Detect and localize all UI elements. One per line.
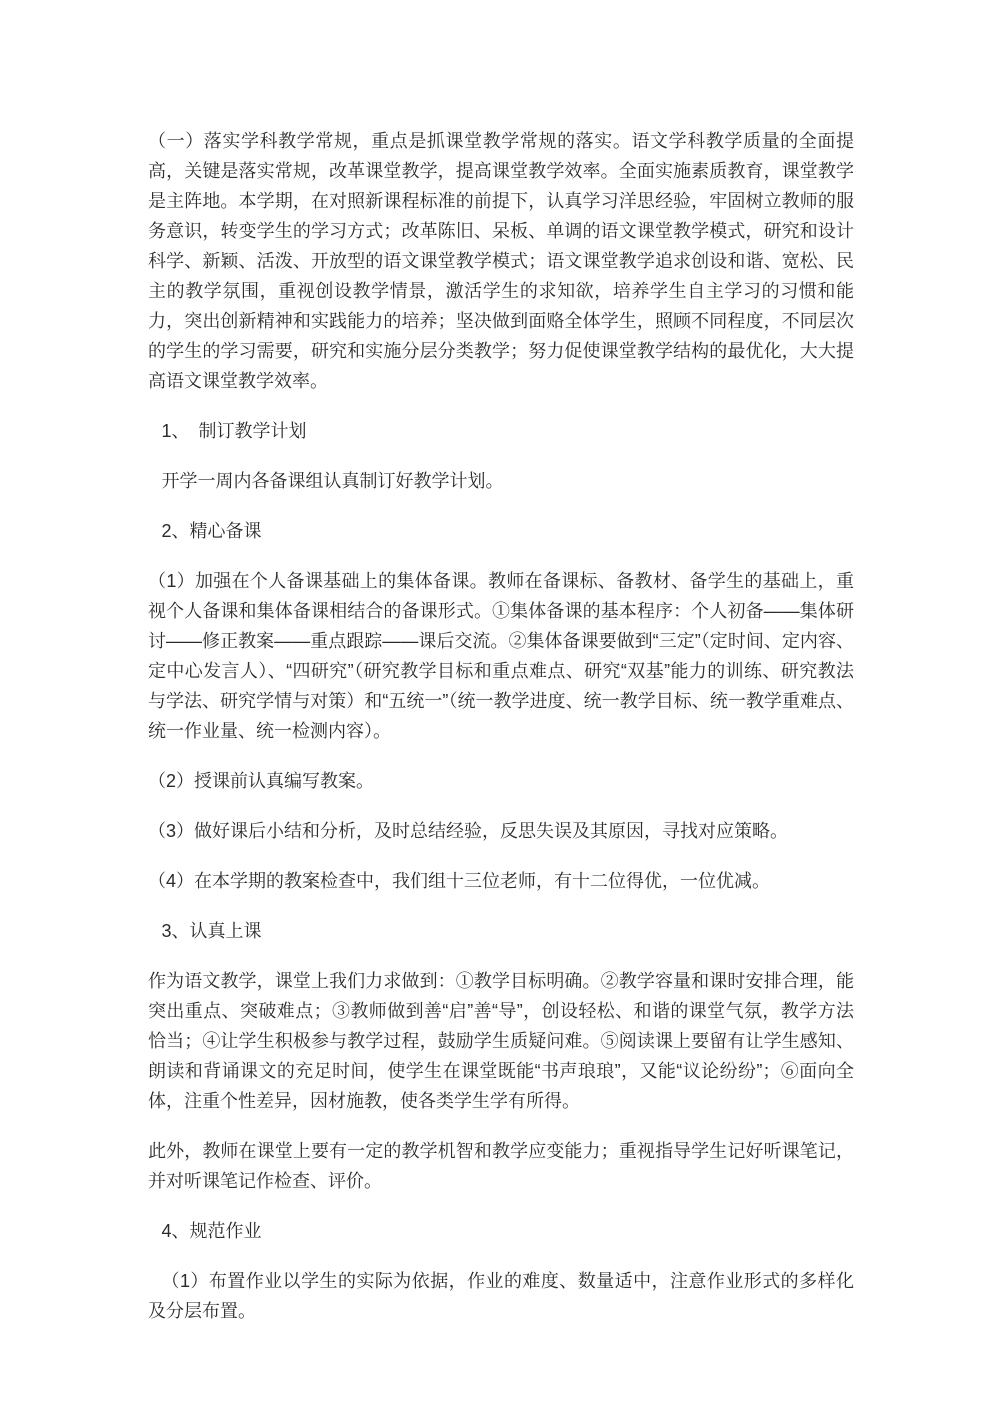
paragraph-item-4-sub-1: （1）布置作业以学生的实际为依据，作业的难度、数量适中，注意作业形式的多样化及分… (148, 1266, 854, 1326)
document-body: （一）落实学科教学常规，重点是抓课堂教学常规的落实。语文学科教学质量的全面提高，… (148, 126, 854, 1326)
paragraph-section-1-intro: （一）落实学科教学常规，重点是抓课堂教学常规的落实。语文学科教学质量的全面提高，… (148, 126, 854, 396)
heading-item-4: 4、规范作业 (148, 1216, 854, 1246)
heading-item-2: 2、精心备课 (148, 516, 854, 546)
heading-item-1: 1、 制订教学计划 (148, 416, 854, 446)
paragraph-item-2-sub-1: （1）加强在个人备课基础上的集体备课。教师在备课标、备教材、备学生的基础上，重视… (148, 566, 854, 746)
paragraph-item-2-sub-2: （2）授课前认真编写教案。 (148, 766, 854, 796)
paragraph-item-3-body-1: 作为语文教学，课堂上我们力求做到：①教学目标明确。②教学容量和课时安排合理，能突… (148, 966, 854, 1116)
document-page: （一）落实学科教学常规，重点是抓课堂教学常规的落实。语文学科教学质量的全面提高，… (0, 0, 1000, 1415)
paragraph-item-1-body: 开学一周内各备课组认真制订好教学计划。 (148, 466, 854, 496)
paragraph-item-3-body-2: 此外，教师在课堂上要有一定的教学机智和教学应变能力；重视指导学生记好听课笔记，并… (148, 1136, 854, 1196)
paragraph-item-2-sub-4: （4）在本学期的教案检查中，我们组十三位老师，有十二位得优，一位优减。 (148, 866, 854, 896)
heading-item-3: 3、认真上课 (148, 916, 854, 946)
paragraph-item-2-sub-3: （3）做好课后小结和分析，及时总结经验，反思失误及其原因，寻找对应策略。 (148, 816, 854, 846)
